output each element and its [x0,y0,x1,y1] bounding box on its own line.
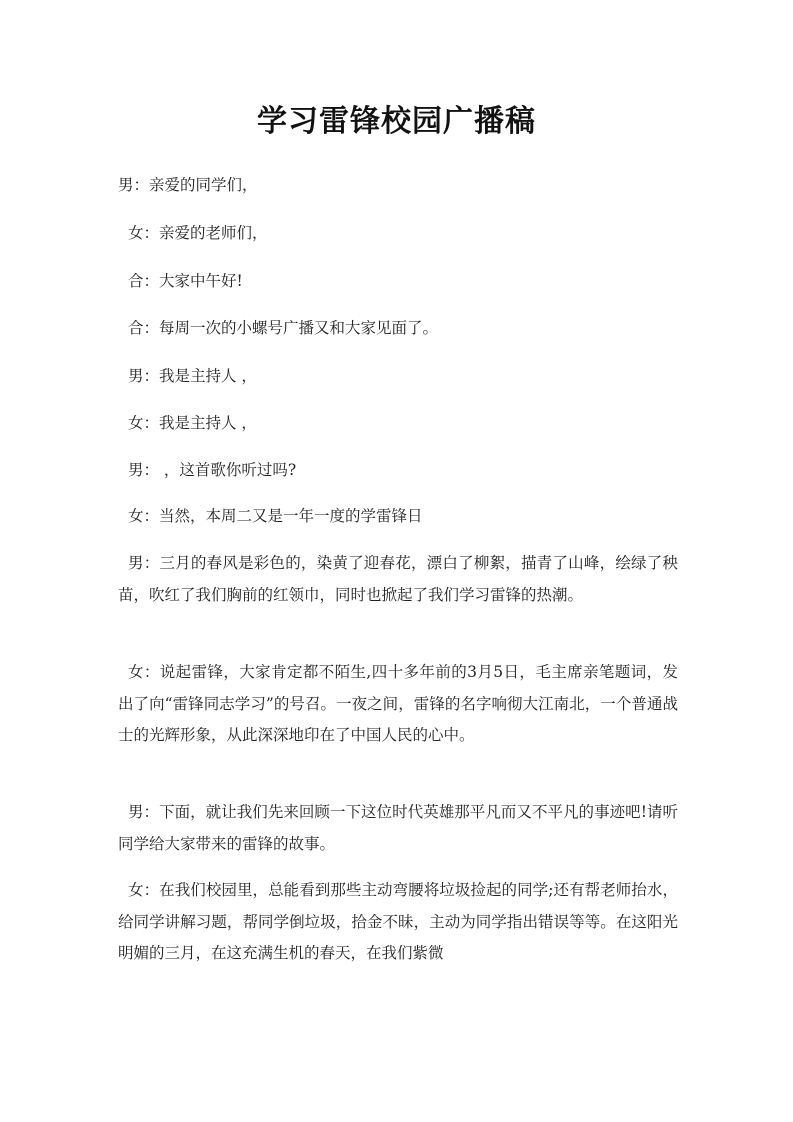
paragraph: 男：我是主持人 ， [118,361,678,393]
paragraph: 男：下面，就让我们先来回顾一下这位时代英雄那平凡而又不平凡的事迹吧!请听 同学给… [118,797,678,860]
paragraph: 女：在我们校园里，总能看到那些主动弯腰将垃圾捡起的同学;还有帮老师抬水，给同学讲… [118,875,678,970]
paragraph: 男： ，这首歌你听过吗? [118,455,678,487]
paragraph: 女：当然，本周二又是一年一度的学雷锋日 [118,501,678,533]
paragraph: 男：三月的春风是彩色的，染黄了迎春花，漂白了柳絮，描青了山峰，绘绿了秧苗，吹红了… [118,548,678,611]
paragraph: 男：亲爱的同学们， [118,170,678,202]
document-page: 学习雷锋校园广播稿 男：亲爱的同学们， 女：亲爱的老师们， 合：大家中午好! 合… [0,0,793,1122]
paragraph: 合：大家中午好! [118,266,678,298]
paragraph: 女：亲爱的老师们， [118,218,678,250]
paragraph: 女：我是主持人 ， [118,408,678,440]
document-title: 学习雷锋校园广播稿 [0,96,793,140]
paragraph: 女：说起雷锋，大家肯定都不陌生,四十多年前的3月5日，毛主席亲笔题词，发出了向“… [118,657,678,752]
paragraph: 合：每周一次的小螺号广播又和大家见面了。 [118,313,678,345]
